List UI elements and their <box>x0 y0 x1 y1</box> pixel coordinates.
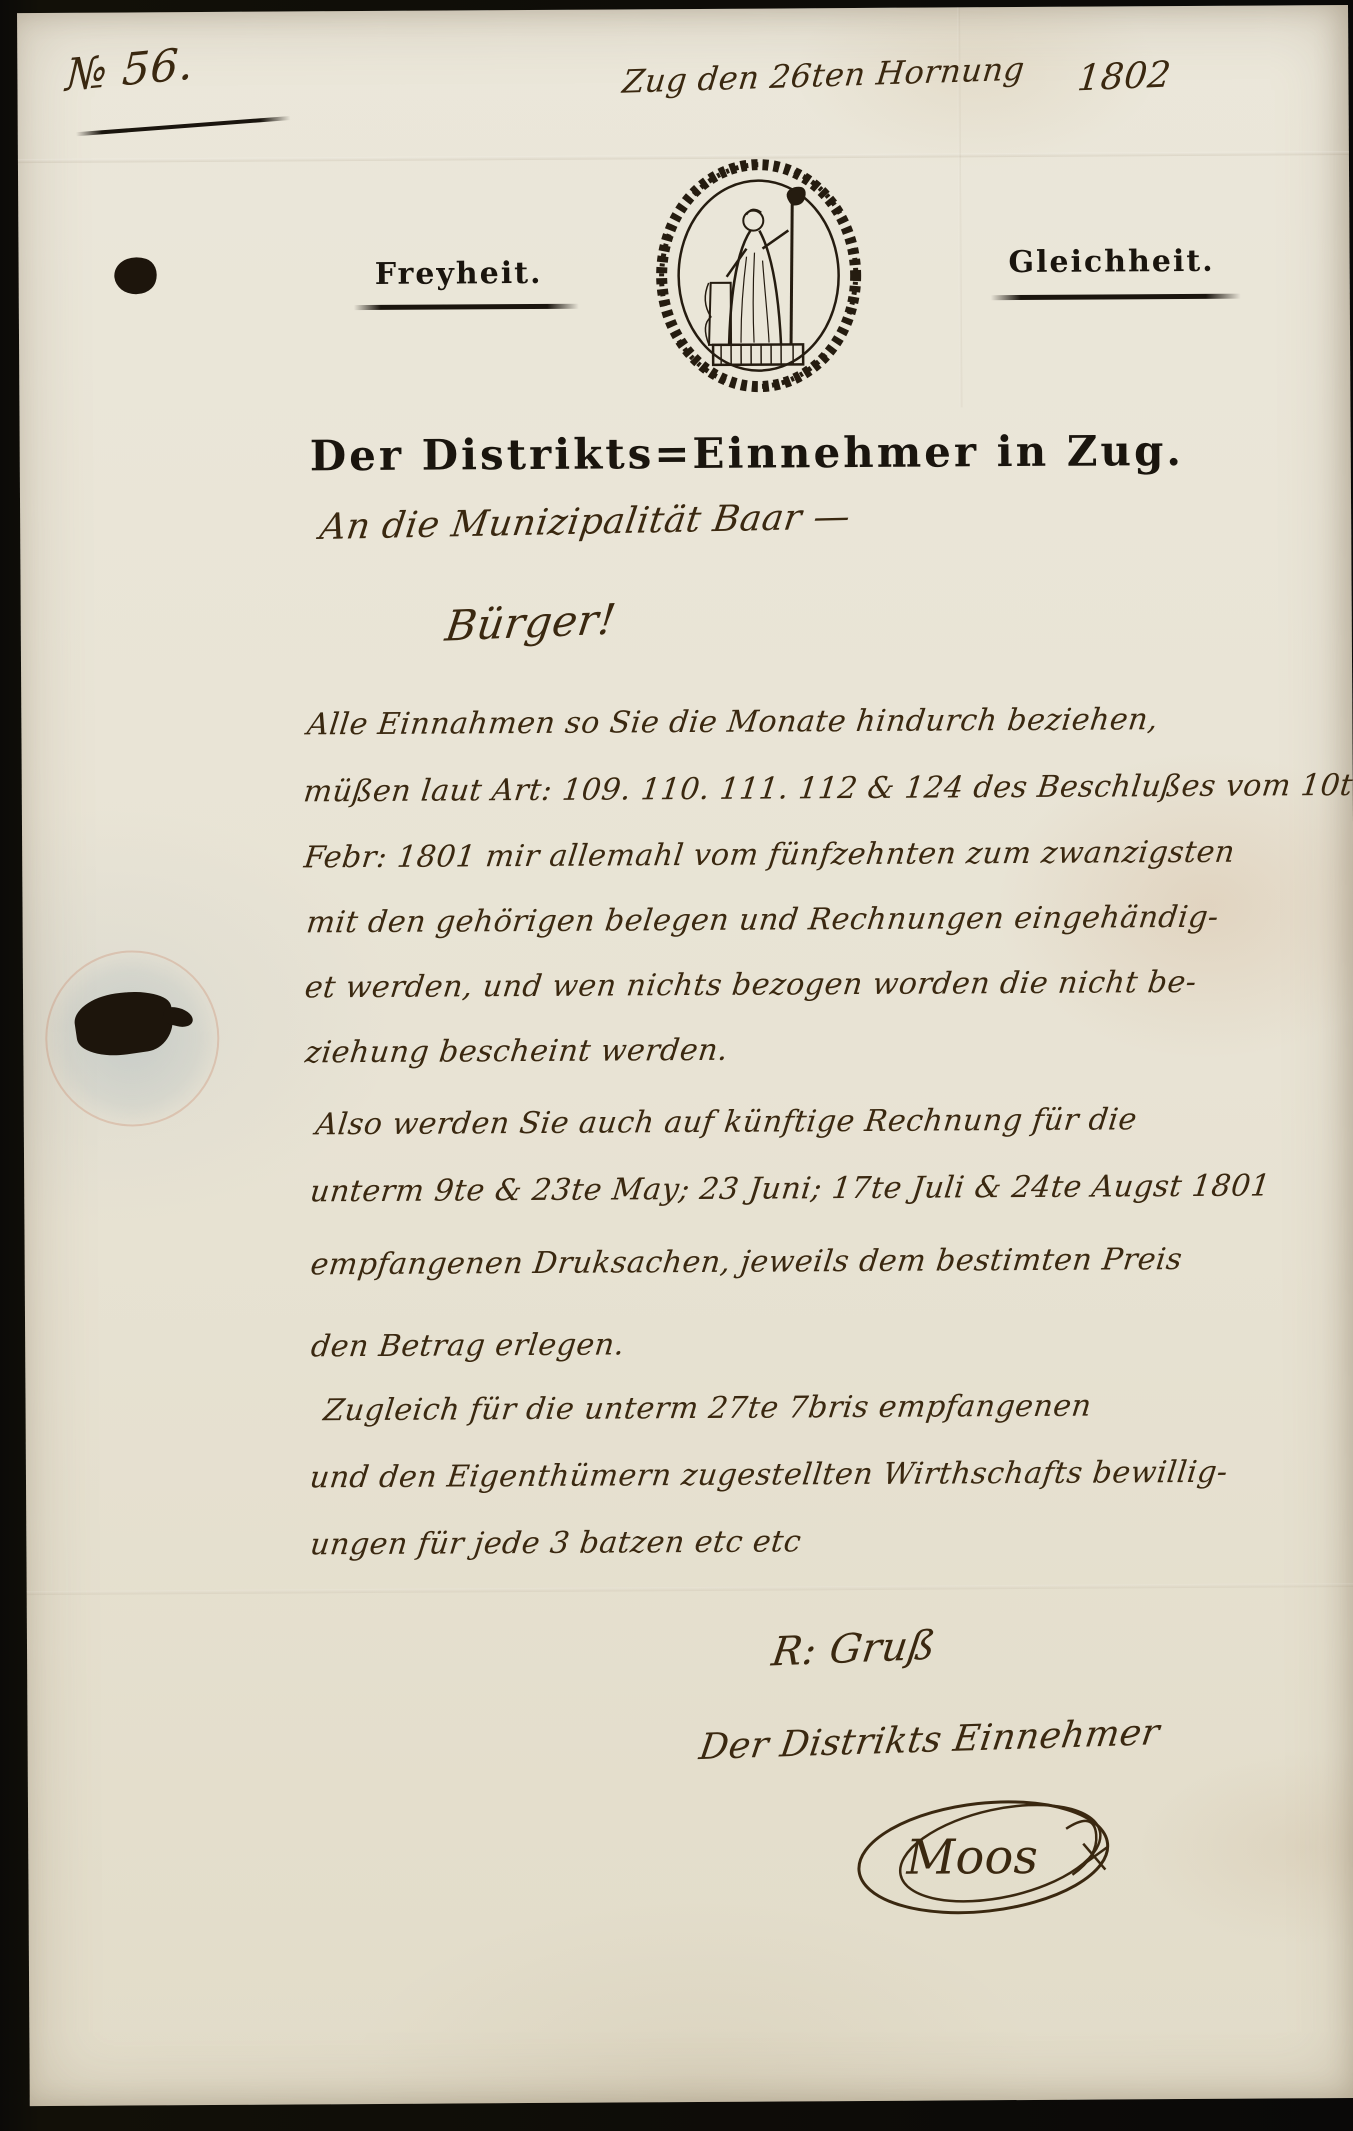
body-line: unterm 9te & 23te May; 23 Juni; 17te Jul… <box>308 1168 1272 1209</box>
body-line: ziehung bescheint werden. <box>303 1033 730 1071</box>
signature-name: Moos <box>905 1829 1038 1886</box>
closing-office: Der Distrikts Einnehmer <box>697 1712 1163 1768</box>
dateline-place-date: Zug den 26ten Hornung <box>620 50 1026 101</box>
body-line: empfangenen Druksachen, jeweils dem best… <box>309 1242 1185 1282</box>
emblem-liberty-illustration <box>650 156 867 395</box>
printed-title: Der Distrikts=Einnehmer in Zug. <box>310 426 1140 480</box>
document-scan: № 56. Zug den 26ten Hornung 1802 Freyhei… <box>0 0 1353 2131</box>
body-line: mit den gehörigen belegen und Rechnungen… <box>305 900 1221 941</box>
motto-right: Gleichheit. <box>986 244 1236 281</box>
body-line: den Betrag erlegen. <box>309 1327 626 1364</box>
body-line: Febr: 1801 mir allemahl vom fünfzehnten … <box>302 835 1237 876</box>
body-line: ungen für jede 3 batzen etc etc <box>308 1524 803 1562</box>
motto-left-underline <box>354 304 579 310</box>
document-number-underline <box>76 116 291 136</box>
body-line: Alle Einnahmen so Sie die Monate hindurc… <box>305 702 1160 742</box>
body-line: Also werden Sie auch auf künftige Rechnu… <box>314 1102 1139 1142</box>
closing-greeting: R: Gruß <box>769 1623 938 1676</box>
salutation: Bürger! <box>443 594 620 650</box>
signature-flourish: Moos <box>828 1768 1159 1935</box>
dateline-year: 1802 <box>1075 54 1173 99</box>
body-line: et werden, und wen nichts bezogen worden… <box>303 965 1199 1005</box>
body-line: und den Eigenthümern zugestellten Wirths… <box>308 1455 1230 1496</box>
body-line: Zugleich für die unterm 27te 7bris empfa… <box>322 1389 1094 1429</box>
body-line: müßen laut Art: 109. 110. 111. 112 & 124… <box>302 768 1353 810</box>
letter-paper: № 56. Zug den 26ten Hornung 1802 Freyhei… <box>17 5 1353 2106</box>
ink-blot-small <box>110 251 162 300</box>
document-number: № 56. <box>64 38 194 101</box>
fold-crease-bottom <box>27 1583 1353 1595</box>
address-line: An die Munizipalität Baar — <box>317 496 853 548</box>
motto-left: Freyheit. <box>349 256 569 292</box>
motto-right-underline <box>991 294 1241 301</box>
